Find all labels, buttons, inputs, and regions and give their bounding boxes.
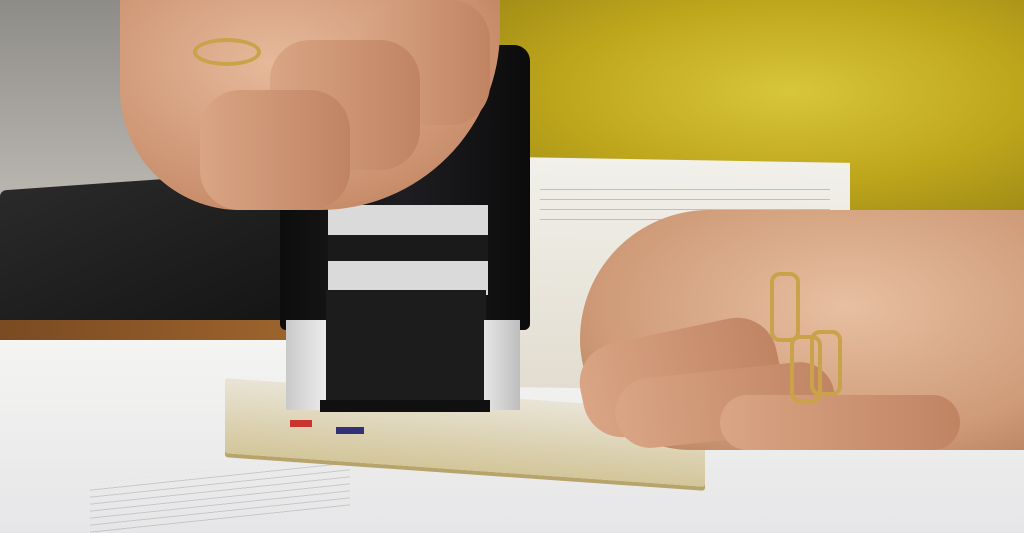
stamp-leg-left [286, 320, 326, 410]
passport-flag-red [290, 420, 312, 427]
finger [720, 395, 960, 450]
stamp-base [320, 400, 490, 412]
stamp-slot [328, 235, 488, 261]
ring [810, 330, 842, 396]
ring [193, 38, 261, 66]
ring [770, 272, 800, 342]
stamp-leg-right [484, 320, 520, 410]
photo-scene [0, 0, 1024, 533]
finger [200, 90, 350, 210]
stamp-mechanism [326, 290, 486, 400]
passport-flag-blue [336, 427, 364, 434]
